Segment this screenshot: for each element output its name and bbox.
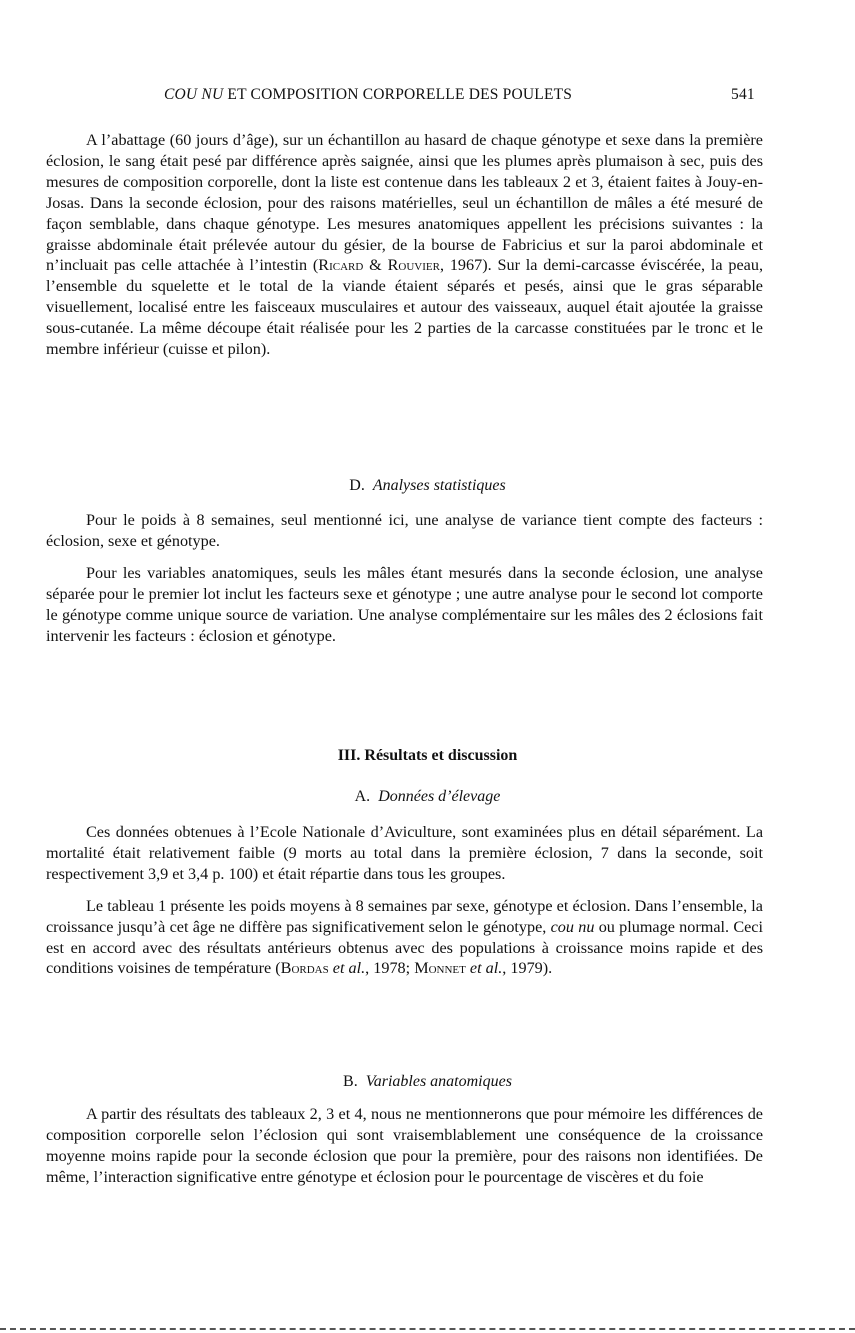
citation-author: Monnet [414,959,466,977]
paragraph: Pour les variables anatomiques, seuls le… [46,563,763,647]
section-b-body: A partir des résultats des tableaux 2, 3… [46,1104,763,1188]
section-heading-d: D.Analyses statistiques [0,477,855,495]
running-title: COU NU ET COMPOSITION CORPORELLE DES POU… [164,86,572,104]
section-letter: A. [355,788,371,805]
section-c-continued: A l’abattage (60 jours d’âge), sur un éc… [46,130,763,360]
page-bottom-edge [0,1328,855,1330]
section-title: Analyses statistiques [373,477,506,494]
paragraph-growth: Le tableau 1 présente les poids moyens à… [46,896,763,980]
citation-author: Ricard [318,256,363,274]
section-d-body: Pour le poids à 8 semaines, seul mention… [46,510,763,646]
section-heading-b: B.Variables anatomiques [0,1073,855,1091]
paragraph: Pour le poids à 8 semaines, seul mention… [46,510,763,552]
paragraph: Ces données obtenues à l’Ecole Nationale… [46,822,763,885]
text-run: , 1979). [502,959,552,977]
text-italic: et al. [329,959,365,977]
text-run: , 1978; [365,959,414,977]
paragraph: A partir des résultats des tableaux 2, 3… [46,1104,763,1188]
page-number: 541 [731,86,755,104]
section-a-body: Ces données obtenues à l’Ecole Nationale… [46,822,763,979]
section-heading-iii: III. Résultats et discussion [0,747,855,765]
section-title: Variables anatomiques [366,1073,512,1090]
running-title-italic: COU NU [164,86,223,103]
citation-author: Rouvier [388,256,440,274]
section-letter: D. [349,477,365,494]
text-italic: et al. [466,959,502,977]
text-italic: cou nu [551,918,595,936]
text-run: A l’abattage (60 jours d’âge), sur un éc… [46,131,763,274]
paragraph-slaughter-measurements: A l’abattage (60 jours d’âge), sur un éc… [46,130,763,360]
citation-author: Bordas [281,959,329,977]
section-title: Données d’élevage [378,788,500,805]
section-letter: B. [343,1073,358,1090]
section-heading-a: A.Données d’élevage [0,788,855,806]
running-title-rest: ET COMPOSITION CORPORELLE DES POULETS [223,86,572,103]
text-run: & [363,256,387,274]
